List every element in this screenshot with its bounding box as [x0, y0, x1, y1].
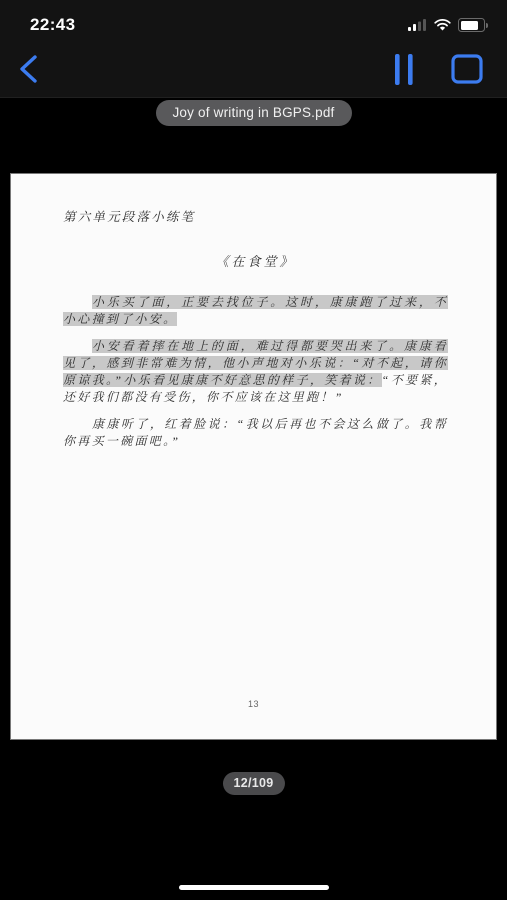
page-number: 13 [11, 699, 496, 709]
pause-icon [394, 54, 415, 85]
doc-paragraph: 小安看着摔在地上的面，难过得都要哭出来了。康康看见了，感到非常难为情，他小声地对… [63, 338, 448, 407]
nav-bar [0, 42, 507, 96]
wifi-icon [434, 19, 451, 31]
plain-text: 康康听了，红着脸说：“我以后再也不会这么做了。我帮你再买一碗面吧。” [63, 417, 448, 448]
status-icons [408, 18, 485, 32]
battery-icon [458, 18, 485, 32]
page-indicator-badge: 12/109 [222, 772, 284, 795]
doc-title: 《在食堂》 [63, 251, 448, 270]
nav-right-controls [390, 50, 487, 89]
highlighted-text: 小乐买了面，正要去找位子。这时，康康跑了过来，不小心撞到了小安。 [63, 295, 448, 326]
doc-heading: 第六单元段落小练笔 [63, 207, 448, 225]
doc-paragraphs: 小乐买了面，正要去找位子。这时，康康跑了过来，不小心撞到了小安。小安看着摔在地上… [63, 294, 448, 450]
stop-square-icon [451, 54, 483, 84]
battery-cap [486, 23, 488, 28]
status-time: 22:43 [30, 15, 75, 35]
header: 22:43 [0, 0, 507, 98]
pdf-page[interactable]: 第六单元段落小练笔 《在食堂》 小乐买了面，正要去找位子。这时，康康跑了过来，不… [10, 173, 497, 740]
stop-button[interactable] [447, 50, 487, 88]
home-indicator[interactable] [179, 885, 329, 890]
back-button[interactable] [12, 49, 44, 89]
document-title-pill: Joy of writing in BGPS.pdf [155, 100, 351, 126]
battery-fill [461, 21, 478, 30]
doc-paragraph: 小乐买了面，正要去找位子。这时，康康跑了过来，不小心撞到了小安。 [63, 294, 448, 329]
status-bar: 22:43 [0, 0, 507, 42]
pdf-viewer-screen: 22:43 [0, 0, 507, 900]
doc-paragraph: 康康听了，红着脸说：“我以后再也不会这么做了。我帮你再买一碗面吧。” [63, 416, 448, 451]
cellular-signal-icon [408, 19, 427, 31]
chevron-left-icon [16, 53, 40, 85]
pause-button[interactable] [390, 50, 419, 89]
